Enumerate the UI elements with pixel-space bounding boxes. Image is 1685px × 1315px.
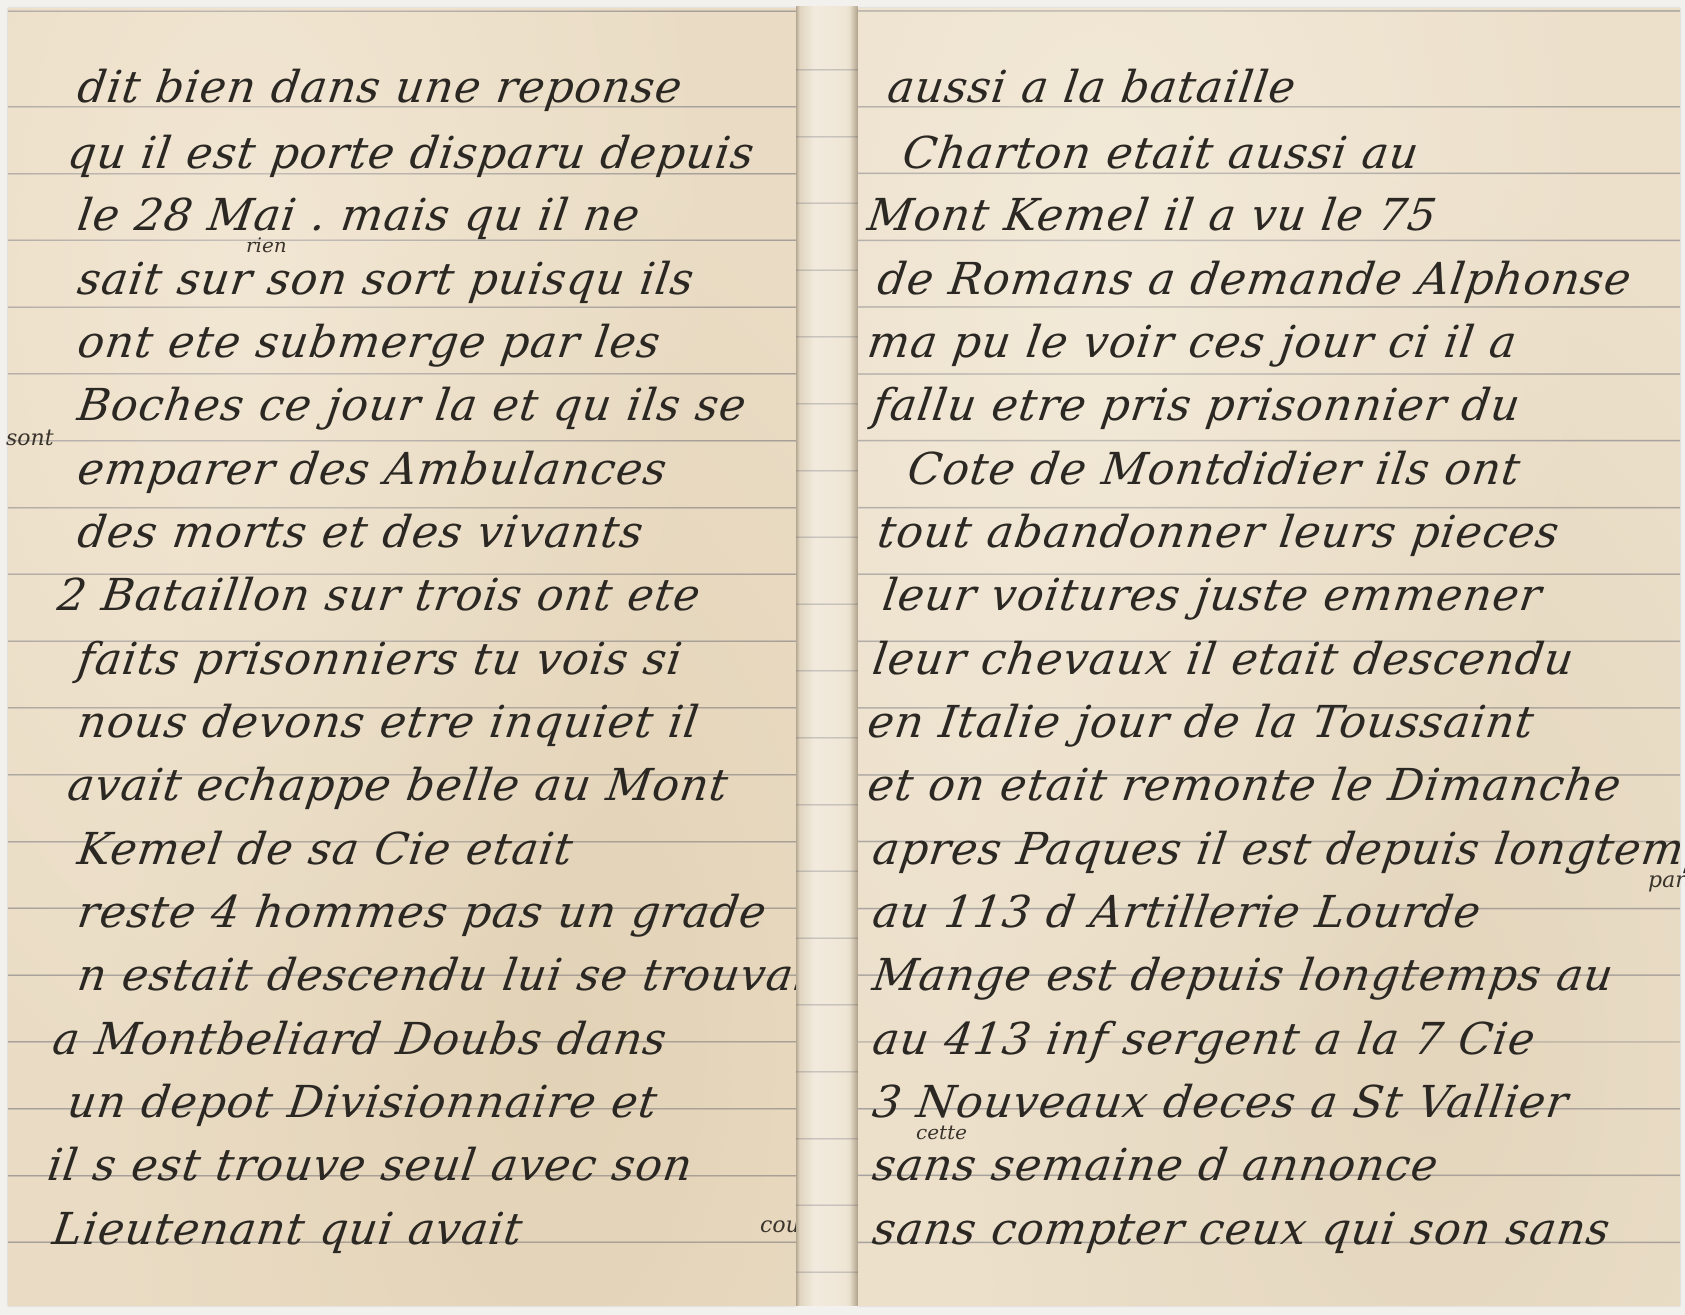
handwritten-line: dit bien dans une reponse: [75, 66, 685, 110]
handwritten-line: Charton etait aussi au: [900, 132, 1422, 176]
handwritten-line: tout abandonner leurs pieces: [875, 511, 1562, 555]
handwritten-line: emparer des Ambulances: [75, 448, 670, 492]
handwritten-line: leur voitures juste emmener: [880, 574, 1545, 618]
handwritten-line: nous devons etre inquiet il: [75, 701, 702, 745]
page-gutter: [796, 6, 858, 1306]
handwritten-line: faits prisonniers tu vois si: [75, 638, 685, 682]
handwritten-line: sans compter ceux qui son sans: [870, 1208, 1613, 1252]
handwritten-line: ma pu le voir ces jour ci il a: [865, 321, 1520, 365]
left-page: rien sont dit bien dans une reponse qu i…: [8, 8, 796, 1306]
handwritten-line: avait echappe belle au Mont: [65, 764, 731, 808]
handwritten-line: au 413 inf sergent a la 7 Cie: [870, 1018, 1539, 1062]
handwritten-line: qu il est porte disparu depuis: [65, 132, 757, 176]
handwritten-line: Cote de Montdidier ils ont: [905, 448, 1524, 492]
margin-note-line-7: sont: [6, 426, 54, 451]
handwritten-line: 2 Bataillon sur trois ont ete: [55, 574, 704, 618]
handwritten-line: apres Paques il est depuis longtemps: [870, 828, 1685, 872]
handwritten-line: fallu etre pris prisonnier du: [870, 384, 1523, 428]
handwritten-line: leur chevaux il etait descendu: [870, 638, 1577, 682]
handwritten-line: n estait descendu lui se trouvait: [75, 954, 831, 998]
handwritten-line: il s est trouve seul avec son: [45, 1144, 696, 1188]
handwritten-line: en Italie jour de la Toussaint: [865, 701, 1537, 745]
handwritten-line: reste 4 hommes pas un grade: [75, 891, 770, 935]
handwritten-line: et on etait remonte le Dimanche: [865, 764, 1624, 808]
handwritten-line: aussi a la bataille: [885, 66, 1299, 110]
handwritten-line: Boches ce jour la et qu ils se: [75, 384, 750, 428]
handwritten-line: 3 Nouveaux deces a St Vallier: [870, 1081, 1572, 1125]
handwritten-line: au 113 d Artillerie Lourde: [870, 891, 1484, 935]
handwritten-line: Kemel de sa Cie etait: [75, 828, 576, 872]
handwritten-line: de Romans a demande Alphonse: [875, 258, 1635, 302]
handwritten-line: Mange est depuis longtemps au: [870, 954, 1616, 998]
handwritten-line: sait sur son sort puisqu ils: [75, 258, 697, 302]
handwritten-line: a Montbeliard Doubs dans: [50, 1018, 670, 1062]
handwritten-line: le 28 Mai . mais qu il ne: [75, 194, 643, 238]
handwritten-line: un depot Divisionnaire et: [65, 1081, 661, 1125]
handwritten-line: ont ete submerge par les: [75, 321, 664, 365]
margin-note-line-14: par 3: [1648, 868, 1685, 893]
handwritten-line: Lieutenant qui avait: [50, 1208, 526, 1252]
right-page: aussi a la bataille Charton etait aussi …: [858, 8, 1680, 1306]
handwritten-line: des morts et des vivants: [75, 511, 647, 555]
handwritten-line: sans semaine d annonce: [870, 1144, 1441, 1188]
handwritten-line: Mont Kemel il a vu le 75: [865, 194, 1440, 238]
